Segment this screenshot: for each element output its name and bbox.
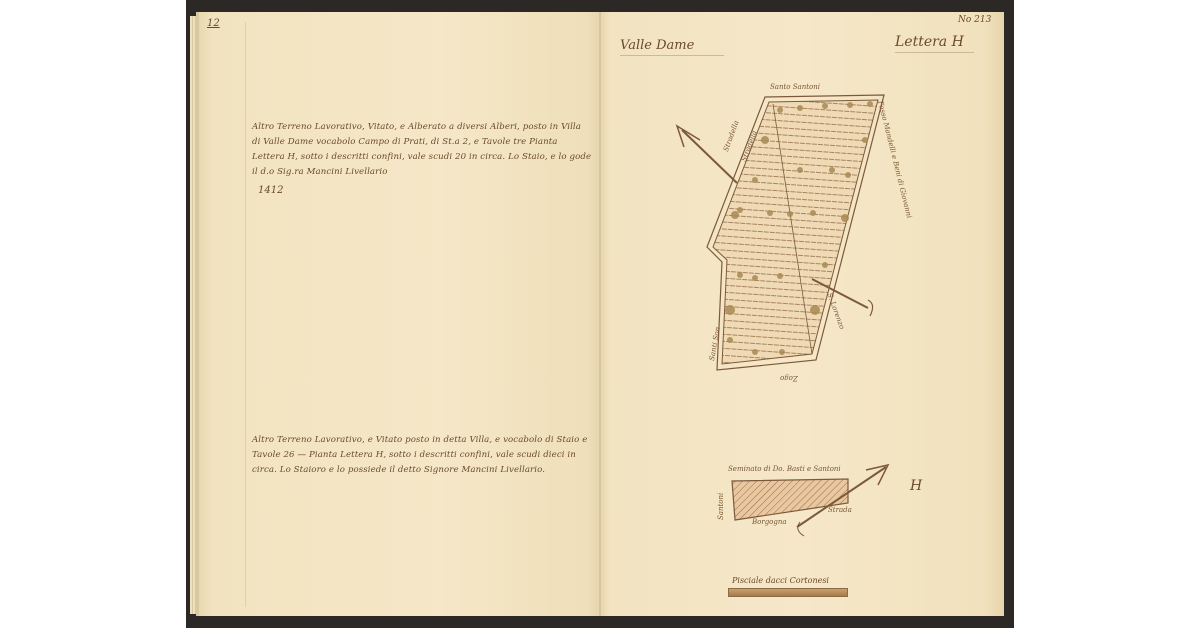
parcel-map-small: [0, 0, 1200, 628]
signature: Pisciale dacci Cortonesi: [732, 576, 829, 585]
small-map-label-bottom: Borgogna: [752, 518, 787, 526]
small-map-letter: H: [910, 478, 922, 494]
small-map-label-left: Santoni: [717, 493, 725, 520]
small-map-label-right: Strada: [828, 506, 852, 514]
signature-underline-bar: [728, 588, 848, 597]
small-map-label-top: Seminato di Do. Basti e Santoni: [728, 465, 841, 473]
